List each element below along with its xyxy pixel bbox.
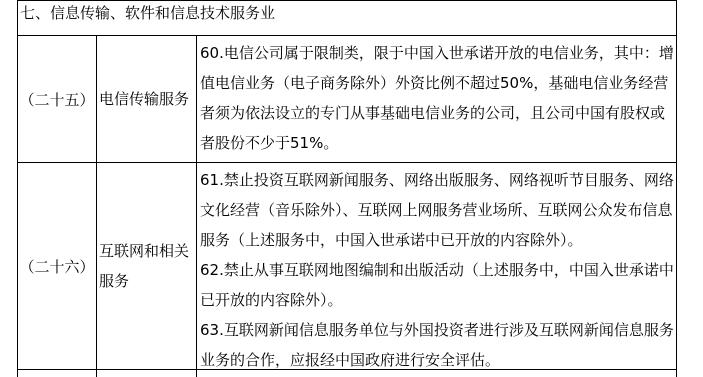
restriction-item-63: 63.互联网新闻信息服务单位与外国投资者进行涉及互联网新闻信息服务业务的合作，应…	[200, 315, 674, 369]
table-row-next-partial	[18, 370, 676, 377]
index-cell-25: （二十五）	[18, 36, 97, 162]
restriction-item-60: 60.电信公司属于限制类，限于中国入世承诺开放的电信业务，其中：增值电信业务（电…	[200, 38, 674, 158]
index-cell-26: （二十六）	[18, 163, 97, 369]
restrictions-cell-25: 60.电信公司属于限制类，限于中国入世承诺开放的电信业务，其中：增值电信业务（电…	[197, 36, 676, 162]
section-header-row: 七、信息传输、软件和信息技术服务业	[18, 1, 676, 36]
section-header-title: 七、信息传输、软件和信息技术服务业	[18, 1, 676, 35]
category-label-26: 互联网和相关服务	[97, 236, 196, 296]
category-cell-25: 电信传输服务	[97, 36, 197, 162]
table-row-25: （二十五） 电信传输服务 60.电信公司属于限制类，限于中国入世承诺开放的电信业…	[18, 36, 676, 163]
restrictions-cell-26: 61.禁止投资互联网新闻服务、网络出版服务、网络视听节目服务、网络文化经营（音乐…	[197, 163, 676, 369]
category-cell-partial	[97, 370, 197, 377]
category-cell-26: 互联网和相关服务	[97, 163, 197, 369]
category-label-25: 电信传输服务	[97, 84, 189, 114]
negative-list-table: 七、信息传输、软件和信息技术服务业 （二十五） 电信传输服务 60.电信公司属于…	[17, 0, 677, 377]
table-row-26: （二十六） 互联网和相关服务 61.禁止投资互联网新闻服务、网络出版服务、网络视…	[18, 163, 676, 370]
index-cell-partial	[18, 370, 97, 377]
restriction-item-61: 61.禁止投资互联网新闻服务、网络出版服务、网络视听节目服务、网络文化经营（音乐…	[200, 165, 674, 255]
restriction-item-62: 62.禁止从事互联网地图编制和出版活动（上述服务中，中国入世承诺中已开放的内容除…	[200, 255, 674, 315]
document-page: 七、信息传输、软件和信息技术服务业 （二十五） 电信传输服务 60.电信公司属于…	[0, 0, 703, 377]
restrictions-cell-partial	[197, 370, 676, 377]
